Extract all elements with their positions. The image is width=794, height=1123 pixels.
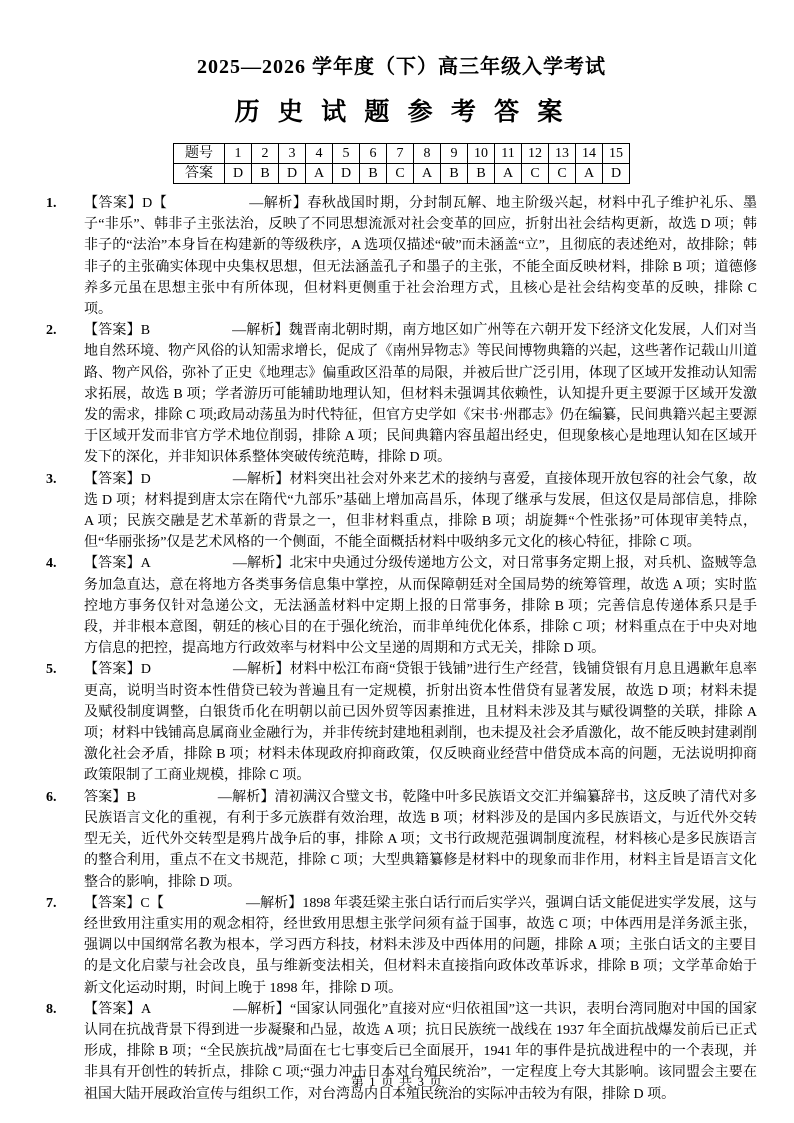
answer-cell: B — [252, 164, 279, 184]
answer-label: 【答案】D【 — [84, 196, 167, 211]
answer-cell: C — [549, 164, 576, 184]
answer-label: 答案】B — [84, 790, 136, 805]
answer-cell: A — [576, 164, 603, 184]
item-body: 答案】B—解析】清初满汉合璧文书，乾隆中叶多民族语文交汇并编纂辞书，这反映了清代… — [84, 787, 757, 893]
explanation-text: —解析】材料中松江布商“贷银于钱铺”进行生产经营，钱铺贷银有月息且遇歉年息率更高… — [84, 662, 757, 783]
answer-cell: B — [441, 164, 468, 184]
answer-cell: C — [387, 164, 414, 184]
question-number-cell: 2 — [252, 144, 279, 164]
answer-label: 【答案】A — [84, 1002, 151, 1017]
explanation-item: 6.答案】B—解析】清初满汉合璧文书，乾隆中叶多民族语文交汇并编纂辞书，这反映了… — [46, 787, 757, 893]
question-number-cell: 7 — [387, 144, 414, 164]
question-number-cell: 13 — [549, 144, 576, 164]
item-body: 【答案】B—解析】魏晋南北朝时期，南方地区如广州等在六朝开发下经济文化发展，人们… — [84, 320, 757, 468]
answer-cell: A — [306, 164, 333, 184]
question-number-cell: 14 — [576, 144, 603, 164]
explanation-text: —解析】材料突出社会对外来艺术的接纳与喜爱，直接体现开放包容的社会气象，故选 D… — [84, 472, 757, 551]
answer-cell: C — [522, 164, 549, 184]
question-number-cell: 4 — [306, 144, 333, 164]
item-number: 3. — [46, 469, 84, 554]
page-subtitle: 历 史 试 题 参 考 答 案 — [46, 92, 757, 128]
exam-title: 2025—2026 学年度（下）高三年级入学考试 — [46, 50, 757, 79]
page-footer: 第 1 页 共 3 页 — [0, 1071, 794, 1090]
question-number-cell: 10 — [468, 144, 495, 164]
question-number-cell: 1 — [225, 144, 252, 164]
explanation-text: —解析】北宋中央通过分级传递地方公文，对日常事务定期上报，对兵机、盗贼等急务加急… — [84, 556, 757, 656]
explanation-item: 3.【答案】D—解析】材料突出社会对外来艺术的接纳与喜爱，直接体现开放包容的社会… — [46, 469, 757, 554]
item-number: 5. — [46, 659, 84, 786]
question-row-label: 题号 — [174, 144, 225, 164]
explanation-text: —解析】春秋战国时期，分封制瓦解、地主阶级兴起，材料中孔子维护礼乐、墨子“非乐”… — [84, 196, 757, 317]
item-body: 【答案】D【—解析】春秋战国时期，分封制瓦解、地主阶级兴起，材料中孔子维护礼乐、… — [84, 193, 757, 320]
question-number-cell: 6 — [360, 144, 387, 164]
question-number-row: 题号123456789101112131415 — [174, 144, 630, 164]
explanation-item: 1.【答案】D【—解析】春秋战国时期，分封制瓦解、地主阶级兴起，材料中孔子维护礼… — [46, 193, 757, 320]
explanation-list: 1.【答案】D【—解析】春秋战国时期，分封制瓦解、地主阶级兴起，材料中孔子维护礼… — [46, 193, 757, 1105]
explanation-item: 2.【答案】B—解析】魏晋南北朝时期，南方地区如广州等在六朝开发下经济文化发展，… — [46, 320, 757, 468]
answer-cell: B — [360, 164, 387, 184]
answer-label: 【答案】C【 — [84, 896, 164, 911]
answer-label: 【答案】D — [84, 472, 151, 487]
explanation-item: 4.【答案】A—解析】北宋中央通过分级传递地方公文，对日常事务定期上报，对兵机、… — [46, 553, 757, 659]
answer-cell: D — [225, 164, 252, 184]
question-number-cell: 3 — [279, 144, 306, 164]
answer-cell: B — [468, 164, 495, 184]
explanation-item: 7.【答案】C【—解析】1898 年裘廷梁主张白话行而后实学兴，强调白话文能促进… — [46, 893, 757, 999]
answer-row-label: 答案 — [174, 164, 225, 184]
item-body: 【答案】D—解析】材料突出社会对外来艺术的接纳与喜爱，直接体现开放包容的社会气象… — [84, 469, 757, 554]
item-number: 7. — [46, 893, 84, 999]
item-body: 【答案】D—解析】材料中松江布商“贷银于钱铺”进行生产经营，钱铺贷银有月息且遇歉… — [84, 659, 757, 786]
answer-cell: D — [279, 164, 306, 184]
item-number: 4. — [46, 553, 84, 659]
item-number: 2. — [46, 320, 84, 468]
explanation-text: —解析】魏晋南北朝时期，南方地区如广州等在六朝开发下经济文化发展，人们对当地自然… — [84, 323, 757, 465]
question-number-cell: 15 — [603, 144, 630, 164]
answer-cell: D — [603, 164, 630, 184]
answer-label: 【答案】D — [84, 662, 151, 677]
answer-cell: D — [333, 164, 360, 184]
answer-label: 【答案】B — [84, 323, 150, 338]
question-number-cell: 12 — [522, 144, 549, 164]
item-number: 6. — [46, 787, 84, 893]
answer-cell: A — [495, 164, 522, 184]
exam-answer-page: 2025—2026 学年度（下）高三年级入学考试 历 史 试 题 参 考 答 案… — [0, 0, 794, 1123]
answer-row: 答案DBDADBCABBACCAD — [174, 164, 630, 184]
answer-table: 题号123456789101112131415 答案DBDADBCABBACCA… — [173, 143, 630, 184]
question-number-cell: 9 — [441, 144, 468, 164]
explanation-text: —解析】1898 年裘廷梁主张白话行而后实学兴，强调白话文能促进实学发展，这与经… — [84, 896, 757, 996]
answer-label: 【答案】A — [84, 556, 151, 571]
explanation-item: 5.【答案】D—解析】材料中松江布商“贷银于钱铺”进行生产经营，钱铺贷银有月息且… — [46, 659, 757, 786]
question-number-cell: 5 — [333, 144, 360, 164]
item-body: 【答案】A—解析】北宋中央通过分级传递地方公文，对日常事务定期上报，对兵机、盗贼… — [84, 553, 757, 659]
answer-cell: A — [414, 164, 441, 184]
question-number-cell: 11 — [495, 144, 522, 164]
item-body: 【答案】C【—解析】1898 年裘廷梁主张白话行而后实学兴，强调白话文能促进实学… — [84, 893, 757, 999]
question-number-cell: 8 — [414, 144, 441, 164]
explanation-text: —解析】清初满汉合璧文书，乾隆中叶多民族语文交汇并编纂辞书，这反映了清代对多民族… — [84, 790, 757, 890]
item-number: 1. — [46, 193, 84, 320]
